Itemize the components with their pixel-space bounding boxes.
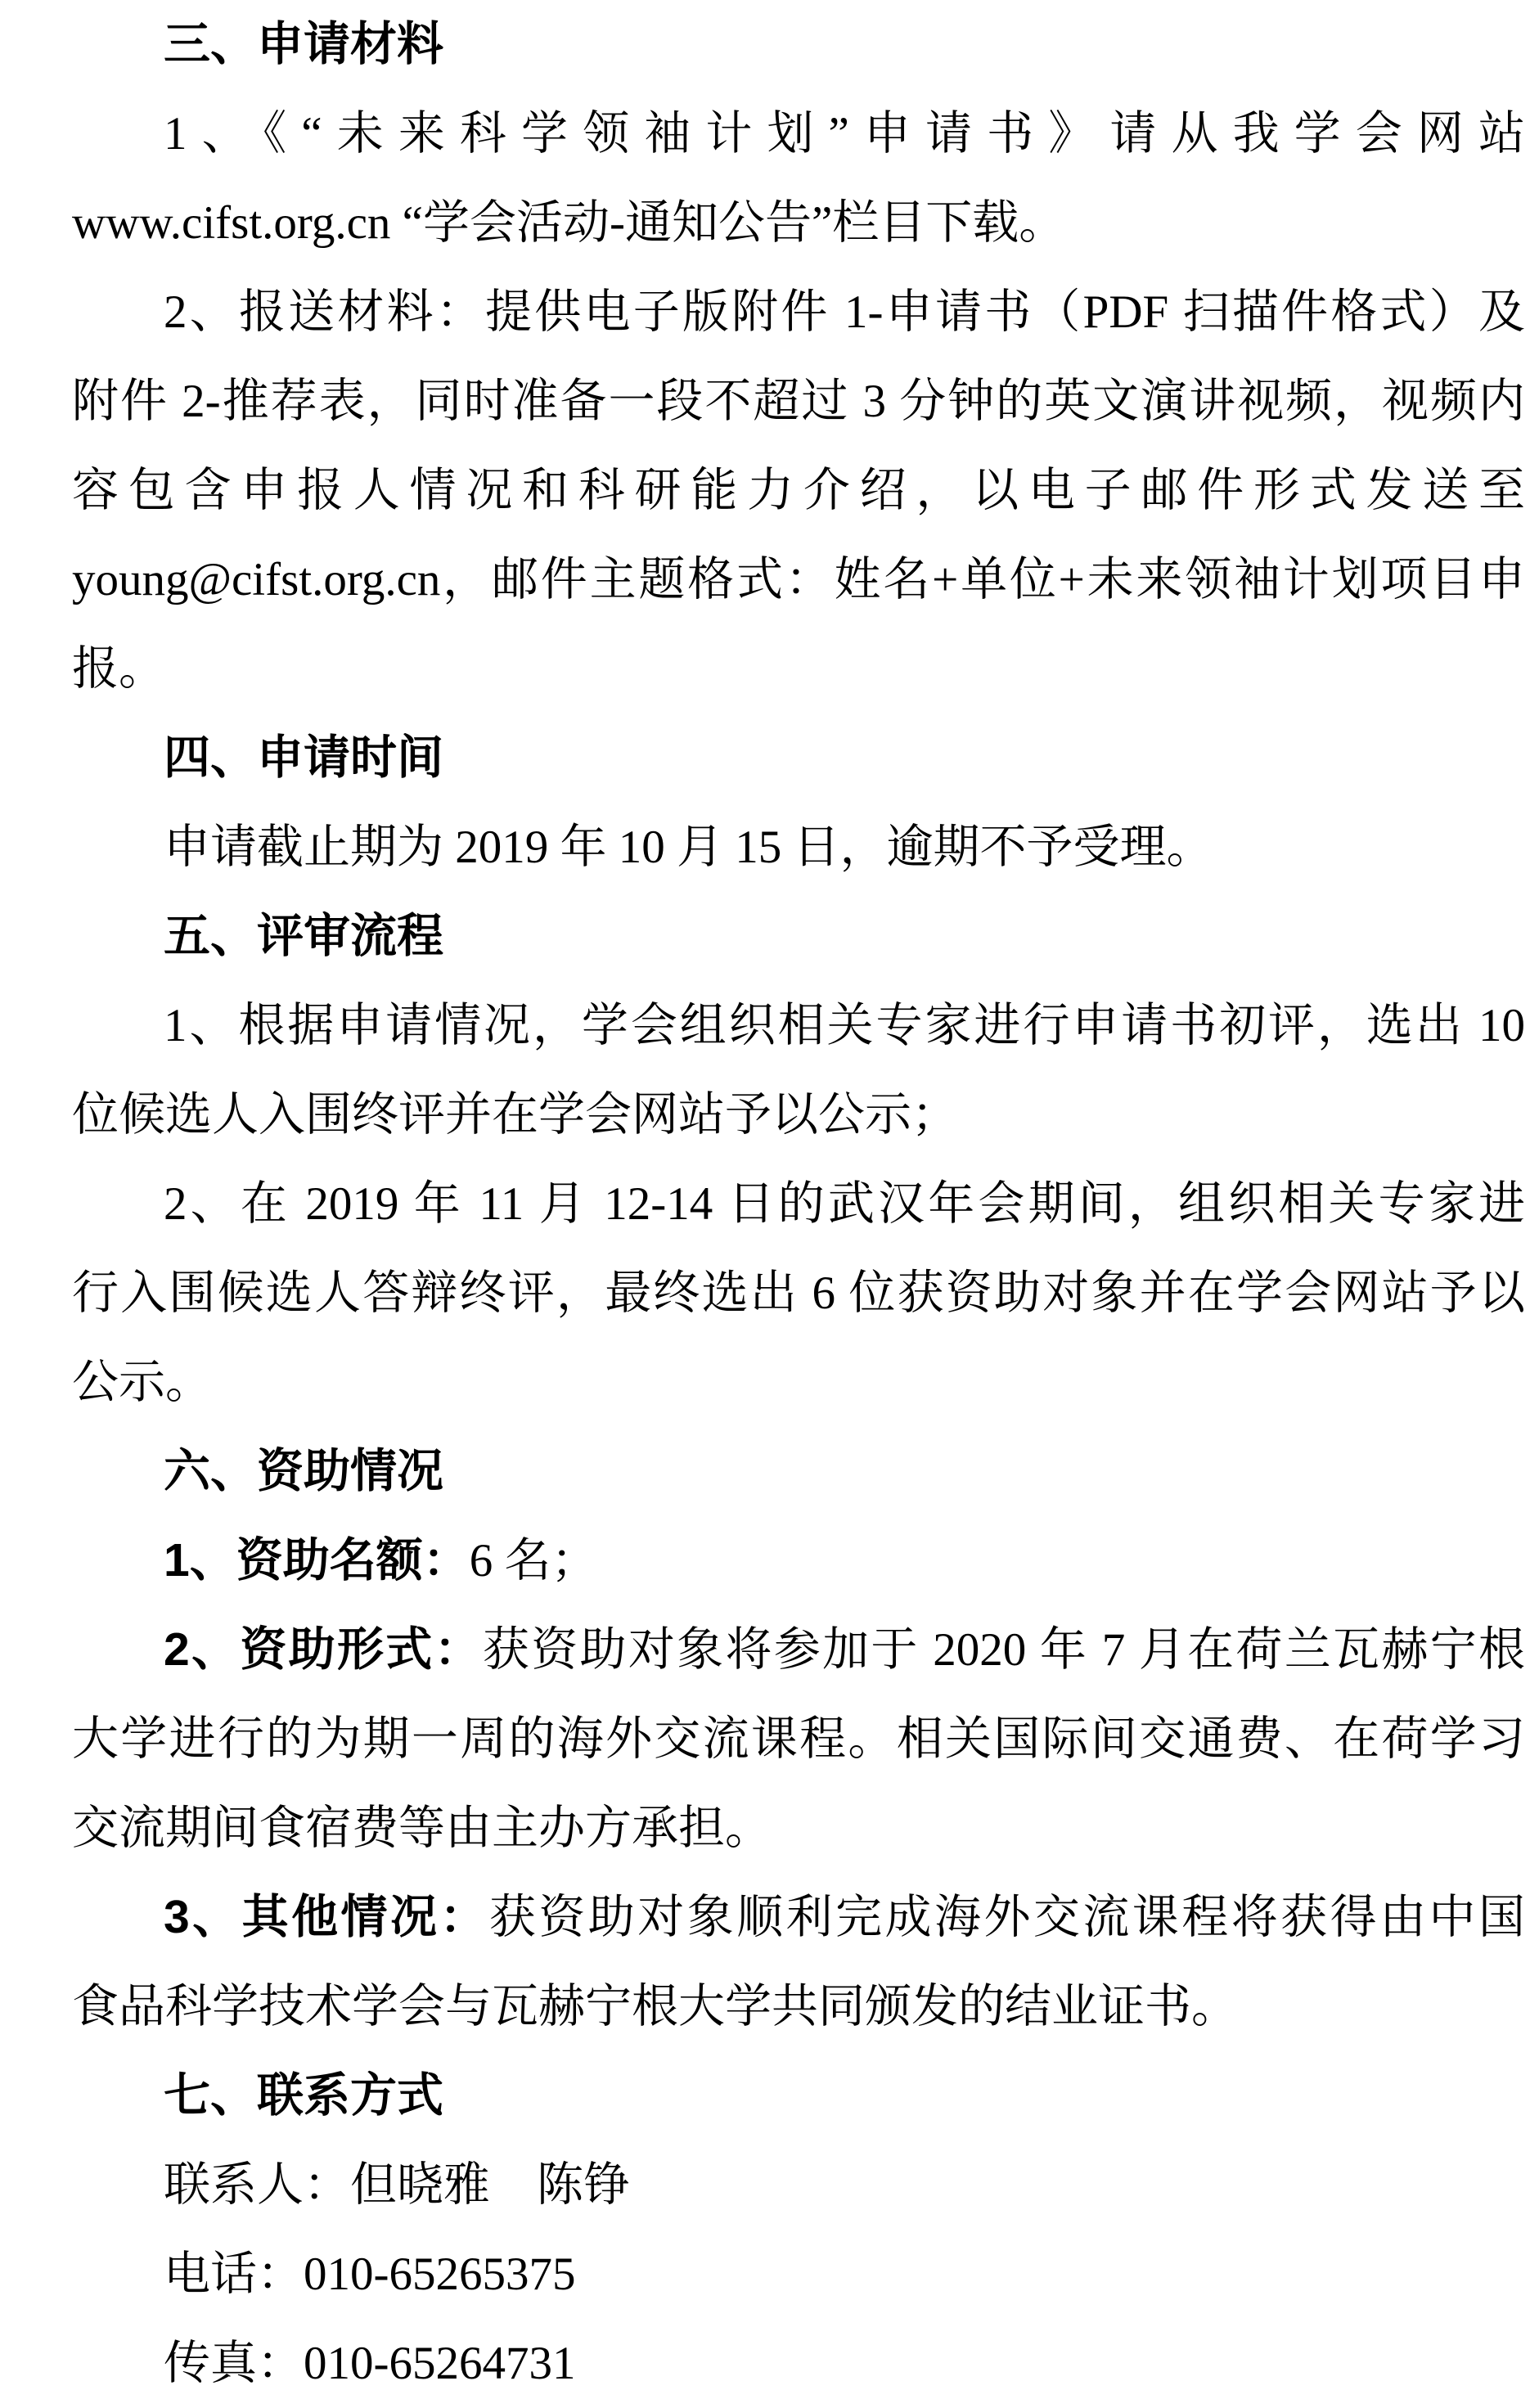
para-application-deadline: 申请截止期为 2019 年 10 月 15 日，逾期不予受理。: [72, 803, 1525, 892]
funding-form-label: 2、资助形式：: [164, 1623, 483, 1676]
para-initial-review-line-2: 位候选人入围终评并在学会网站予以公示；: [72, 1070, 1525, 1159]
para-final-review-line-3: 公示。: [72, 1338, 1525, 1427]
para-submission-materials-line-4: young@cifst.org.cn，邮件主题格式：姓名+单位+未来领袖计划项目…: [72, 535, 1525, 624]
notice-document-page: 三、申请材料 1、《“未来科学领袖计划”申请书》请从我学会网站 www.cifs…: [0, 0, 1539, 2408]
para-final-review-line-2: 行入围候选人答辩终评，最终选出 6 位获资助对象并在学会网站予以: [72, 1249, 1525, 1338]
section-heading-application-time: 四、申请时间: [72, 713, 1525, 803]
section-heading-application-materials: 三、申请材料: [72, 0, 1525, 89]
para-initial-review-line-1: 1、根据申请情况，学会组织相关专家进行申请书初评，选出 10: [72, 981, 1525, 1070]
funding-form-text: 获资助对象将参加于 2020 年 7 月在荷兰瓦赫宁根: [483, 1624, 1525, 1676]
para-final-review-line-1: 2、在 2019 年 11 月 12-14 日的武汉年会期间，组织相关专家进: [72, 1159, 1525, 1249]
para-submission-materials-line-1: 2、报送材料：提供电子版附件 1-申请书（PDF 扫描件格式）及: [72, 268, 1525, 357]
para-submission-materials-line-2: 附件 2-推荐表，同时准备一段不超过 3 分钟的英文演讲视频，视频内: [72, 357, 1525, 446]
para-contact-phone: 电话：010-65265375: [72, 2230, 1525, 2319]
para-submission-materials-line-3: 容包含申报人情况和科研能力介绍，以电子邮件形式发送至: [72, 446, 1525, 535]
para-contact-person: 联系人：但晓雅 陈铮: [72, 2140, 1525, 2230]
para-funding-form-line-1: 2、资助形式：获资助对象将参加于 2020 年 7 月在荷兰瓦赫宁根: [72, 1605, 1525, 1695]
other-info-text: 获资助对象顺利完成海外交流课程将获得由中国: [489, 1892, 1525, 1943]
funding-quota-label: 1、资助名额：: [164, 1534, 470, 1587]
para-funding-quota: 1、资助名额：6 名；: [72, 1516, 1525, 1605]
para-application-form-line-2: www.cifst.org.cn “学会活动-通知公告”栏目下载。: [72, 178, 1525, 268]
para-funding-form-line-3: 交流期间食宿费等由主办方承担。: [72, 1784, 1525, 1873]
section-heading-funding: 六、资助情况: [72, 1427, 1525, 1516]
para-submission-materials-line-5: 报。: [72, 624, 1525, 713]
other-info-label: 3、其他情况：: [164, 1891, 489, 1943]
para-funding-form-line-2: 大学进行的为期一周的海外交流课程。相关国际间交通费、在荷学习: [72, 1695, 1525, 1784]
section-heading-review-process: 五、评审流程: [72, 892, 1525, 981]
para-contact-fax: 传真：010-65264731: [72, 2319, 1525, 2408]
para-other-info-line-2: 食品科学技术学会与瓦赫宁根大学共同颁发的结业证书。: [72, 1962, 1525, 2051]
funding-quota-value: 6 名；: [470, 1535, 598, 1587]
section-heading-contact: 七、联系方式: [72, 2051, 1525, 2140]
para-other-info-line-1: 3、其他情况：获资助对象顺利完成海外交流课程将获得由中国: [72, 1873, 1525, 1962]
para-application-form-line-1: 1、《“未来科学领袖计划”申请书》请从我学会网站: [72, 89, 1525, 178]
